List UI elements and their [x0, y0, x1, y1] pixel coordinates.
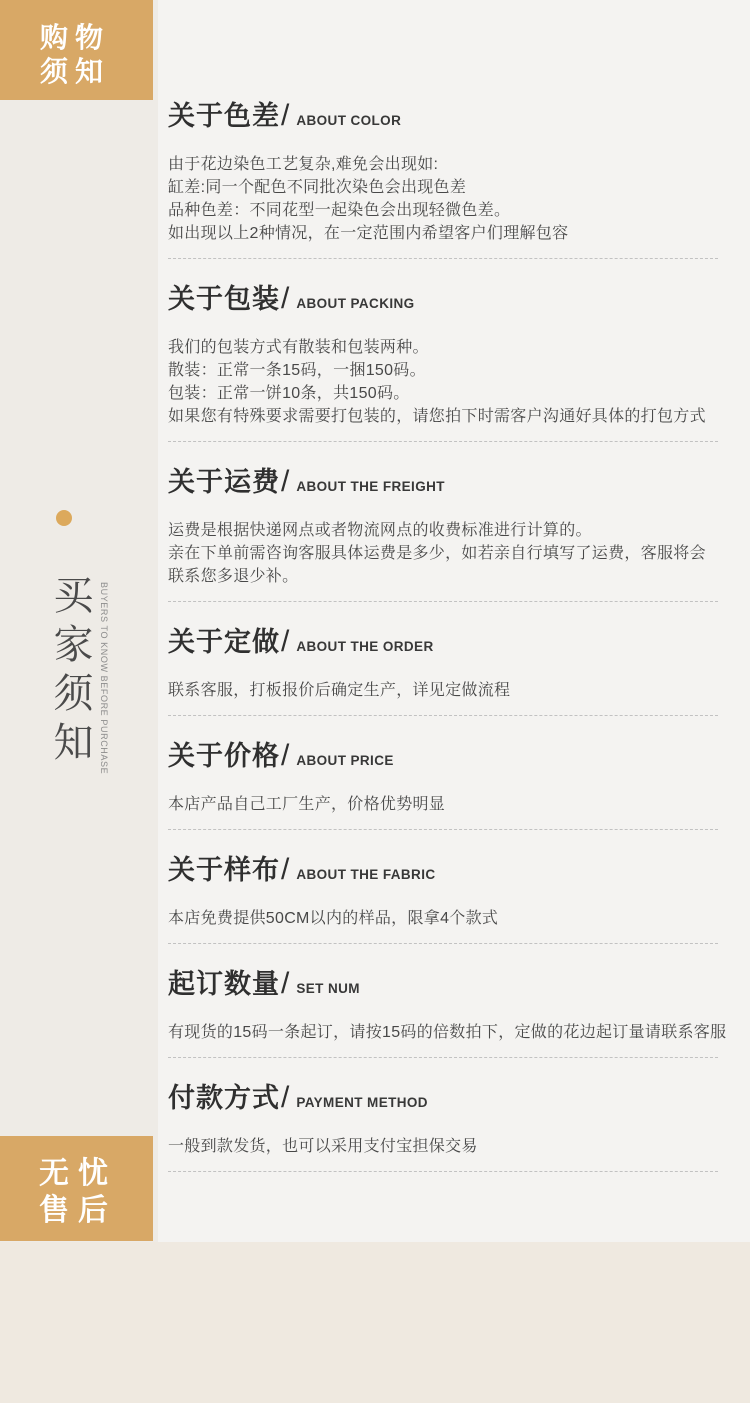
section-title-en: ABOUT PACKING — [296, 288, 414, 320]
section-divider — [168, 441, 718, 442]
badge-line: 无忧 — [39, 1155, 153, 1192]
section-title: 关于色差/ABOUT COLOR — [168, 100, 718, 137]
section-divider — [168, 601, 718, 602]
section-body: 本店免费提供50CM以内的样品，限拿4个款式 — [168, 907, 718, 930]
section-body: 由于花边染色工艺复杂,难免会出现如:缸差:同一个配色不同批次染色会出现色差品种色… — [168, 153, 718, 245]
section-body-line: 如果您有特殊要求需要打包装的，请您拍下时需客户沟通好具体的打包方式 — [168, 405, 718, 428]
section-title-slash: / — [281, 1082, 289, 1114]
section-title: 付款方式/PAYMENT METHOD — [168, 1082, 718, 1119]
section-body-line: 我们的包装方式有散装和包装两种。 — [168, 336, 718, 359]
section-title-en: ABOUT THE FABRIC — [296, 859, 435, 891]
section-divider — [168, 829, 718, 830]
section-title-slash: / — [281, 100, 289, 132]
notice-sections: 关于色差/ABOUT COLOR 由于花边染色工艺复杂,难免会出现如:缸差:同一… — [168, 0, 718, 1196]
section-title-zh: 付款方式 — [168, 1082, 280, 1114]
section-body: 本店产品自己工厂生产，价格优势明显 — [168, 793, 718, 816]
section-body-line: 品种色差：不同花型一起染色会出现轻微色差。 — [168, 199, 718, 222]
section-title: 关于包装/ABOUT PACKING — [168, 283, 718, 320]
section-title-zh: 关于样布 — [168, 854, 280, 886]
section-divider — [168, 943, 718, 944]
section-body: 联系客服，打板报价后确定生产，详见定做流程 — [168, 679, 718, 702]
notice-section: 关于价格/ABOUT PRICE 本店产品自己工厂生产，价格优势明显 — [168, 740, 718, 830]
section-title: 关于价格/ABOUT PRICE — [168, 740, 718, 777]
section-title: 起订数量/SET NUM — [168, 968, 718, 1005]
section-body-line: 散装：正常一条15码，一捆150码。 — [168, 359, 718, 382]
gold-dot — [56, 510, 72, 526]
section-title-zh: 起订数量 — [168, 968, 280, 1000]
section-title: 关于样布/ABOUT THE FABRIC — [168, 854, 718, 891]
buyers-vertical-title: 买家须知 — [42, 574, 99, 770]
section-body: 一般到款发货，也可以采用支付宝担保交易 — [168, 1135, 718, 1158]
section-title-zh: 关于包装 — [168, 283, 280, 315]
section-title-zh: 关于价格 — [168, 740, 280, 772]
section-divider — [168, 1171, 718, 1172]
section-title-en: ABOUT COLOR — [296, 105, 401, 137]
section-body-line: 有现货的15码一条起订，请按15码的倍数拍下，定做的花边起订量请联系客服 — [168, 1021, 718, 1044]
section-body-line: 本店免费提供50CM以内的样品，限拿4个款式 — [168, 907, 718, 930]
notice-section: 起订数量/SET NUM 有现货的15码一条起订，请按15码的倍数拍下，定做的花… — [168, 968, 718, 1058]
section-divider — [168, 715, 718, 716]
section-body-line: 如出现以上2种情况，在一定范围内希望客户们理解包容 — [168, 222, 718, 245]
section-title-zh: 关于色差 — [168, 100, 280, 132]
section-title-en: ABOUT THE ORDER — [296, 631, 433, 663]
section-title-zh: 关于运费 — [168, 466, 280, 498]
notice-section: 关于定做/ABOUT THE ORDER 联系客服，打板报价后确定生产，详见定做… — [168, 626, 718, 716]
after-sale-badge: 无忧 售后 — [0, 1136, 153, 1241]
section-divider — [168, 258, 718, 259]
section-body-line: 联系客服，打板报价后确定生产，详见定做流程 — [168, 679, 718, 702]
buyers-vertical-subtitle: BUYERS TO KNOW BEFORE PURCHASE — [99, 582, 109, 774]
section-body-line: 运费是根据快递网点或者物流网点的收费标准进行计算的。 — [168, 519, 718, 542]
section-body: 有现货的15码一条起订，请按15码的倍数拍下，定做的花边起订量请联系客服 — [168, 1021, 718, 1044]
notice-section: 关于样布/ABOUT THE FABRIC 本店免费提供50CM以内的样品，限拿… — [168, 854, 718, 944]
section-title-slash: / — [281, 854, 289, 886]
badge-line: 购物 — [40, 21, 153, 55]
section-body-line: 亲在下单前需咨询客服具体运费是多少，如若亲自行填写了运费，客服将会 — [168, 542, 718, 565]
footer-band — [0, 1242, 750, 1403]
section-title-slash: / — [281, 283, 289, 315]
notice-section: 付款方式/PAYMENT METHOD 一般到款发货，也可以采用支付宝担保交易 — [168, 1082, 718, 1172]
section-body-line: 一般到款发货，也可以采用支付宝担保交易 — [168, 1135, 718, 1158]
section-title-en: ABOUT THE FREIGHT — [296, 471, 445, 503]
section-body-line: 本店产品自己工厂生产，价格优势明显 — [168, 793, 718, 816]
notice-section: 关于运费/ABOUT THE FREIGHT 运费是根据快递网点或者物流网点的收… — [168, 466, 718, 602]
section-body-line: 由于花边染色工艺复杂,难免会出现如: — [168, 153, 718, 176]
badge-line: 须知 — [40, 55, 153, 89]
section-title-slash: / — [281, 626, 289, 658]
section-title-slash: / — [281, 740, 289, 772]
section-body: 我们的包装方式有散装和包装两种。散装：正常一条15码，一捆150码。包装：正常一… — [168, 336, 718, 428]
section-body-line: 包装：正常一饼10条，共150码。 — [168, 382, 718, 405]
section-body: 运费是根据快递网点或者物流网点的收费标准进行计算的。亲在下单前需咨询客服具体运费… — [168, 519, 718, 588]
section-body-line: 缸差:同一个配色不同批次染色会出现色差 — [168, 176, 718, 199]
badge-line: 售后 — [39, 1192, 153, 1229]
section-title-zh: 关于定做 — [168, 626, 280, 658]
section-title-en: SET NUM — [296, 973, 360, 1005]
section-divider — [168, 1057, 718, 1058]
notice-section: 关于包装/ABOUT PACKING 我们的包装方式有散装和包装两种。散装：正常… — [168, 283, 718, 442]
section-title-slash: / — [281, 466, 289, 498]
section-body-line: 联系您多退少补。 — [168, 565, 718, 588]
section-title: 关于定做/ABOUT THE ORDER — [168, 626, 718, 663]
section-title-en: ABOUT PRICE — [296, 745, 393, 777]
section-title-slash: / — [281, 968, 289, 1000]
shopping-notice-badge: 购物 须知 — [0, 0, 153, 100]
notice-section: 关于色差/ABOUT COLOR 由于花边染色工艺复杂,难免会出现如:缸差:同一… — [168, 100, 718, 259]
section-title: 关于运费/ABOUT THE FREIGHT — [168, 466, 718, 503]
section-title-en: PAYMENT METHOD — [296, 1087, 428, 1119]
